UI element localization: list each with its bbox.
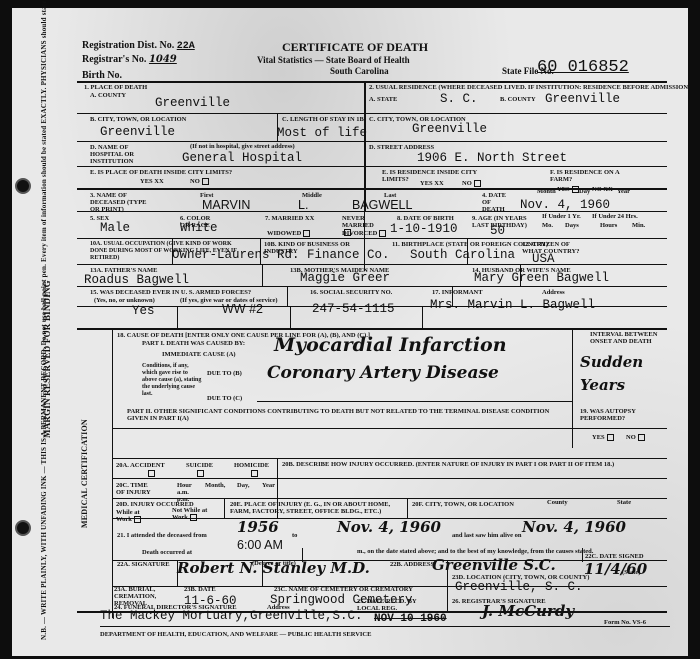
- conditions-label: Conditions, if any, which gave rise to a…: [142, 363, 202, 398]
- physician-address-label: 22b. ADDRESS: [390, 561, 434, 568]
- attended-from-field[interactable]: 1956: [237, 518, 279, 536]
- date-month-col: Month: [537, 188, 556, 195]
- homicide-label: HOMICIDE: [234, 462, 269, 469]
- autopsy-no[interactable]: NO: [626, 434, 645, 441]
- registrar-value: 1049: [149, 54, 177, 65]
- inside-city-yes[interactable]: YES XX: [140, 178, 164, 185]
- armed-forces-field[interactable]: Yes: [132, 304, 155, 318]
- street-address-label: d. STREET ADDRESS: [369, 144, 434, 151]
- ssn-field[interactable]: 247-54-1115: [312, 302, 395, 316]
- location-field[interactable]: Greenville, S. C.: [455, 580, 583, 594]
- spouse-field[interactable]: Mary Green Bagwell: [474, 271, 609, 285]
- medical-certification-label: MEDICAL CERTIFICATION: [80, 419, 89, 528]
- state-file-number: 60 016852: [537, 58, 629, 77]
- binding-hole: [15, 520, 31, 536]
- date-received-stamp: NOV 10 1960: [374, 613, 447, 625]
- margin-reserved-label: MARGIN RESERVED FOR BINDING: [42, 280, 52, 438]
- attended-to-field[interactable]: Nov. 4, 1960: [337, 518, 441, 536]
- not-at-work-checkbox[interactable]: Not While at Work: [172, 507, 214, 521]
- inside-city-no[interactable]: NO: [190, 178, 209, 185]
- street-address-field[interactable]: 1906 E. North Street: [417, 151, 567, 165]
- death-time-field[interactable]: 6:00 AM: [237, 538, 283, 552]
- age-months-col: Mo.: [542, 222, 553, 229]
- inside-city-label: e. IS PLACE OF DEATH INSIDE CITY LIMITS?: [90, 169, 232, 176]
- time-day-col: Day,: [237, 482, 249, 489]
- binding-hole: [15, 178, 31, 194]
- length-of-stay-label: c. LENGTH OF STAY IN 1b: [282, 116, 364, 123]
- birthplace-field[interactable]: South Carolina: [410, 248, 515, 262]
- homicide-checkbox[interactable]: [251, 470, 258, 477]
- first-name-field[interactable]: MARVIN: [202, 198, 250, 212]
- residence-county-field[interactable]: Greenville: [545, 92, 620, 106]
- citizen-field[interactable]: USA: [532, 252, 555, 266]
- due-to-b-label: DUE TO (b): [207, 370, 242, 377]
- war-service-field[interactable]: WW #2: [222, 302, 263, 316]
- sex-field[interactable]: Male: [100, 221, 130, 235]
- place-of-death-label: 1. PLACE OF DEATH: [84, 84, 147, 91]
- physician-signature[interactable]: Robert N. Stanley M.D.: [177, 559, 370, 577]
- location-state-hint: (State): [622, 569, 640, 576]
- middle-name-field[interactable]: L.: [298, 198, 308, 212]
- due-to-b-field[interactable]: Coronary Artery Disease: [267, 363, 499, 383]
- time-hour-col: Hour a.m. p.m.: [177, 482, 199, 503]
- ssn-label: 16. SOCIAL SECURITY NO.: [310, 289, 392, 296]
- birth-no-label: Birth No.: [82, 70, 122, 81]
- residence-city-field[interactable]: Greenville: [412, 122, 487, 136]
- certificate-paper: N.B. — WRITE PLAINLY, WITH UNFADING INK …: [12, 8, 688, 656]
- farm-yes[interactable]: YES: [557, 186, 579, 193]
- attended-to-label: to: [292, 532, 297, 539]
- farm-label: f. IS RESIDENCE ON A FARM?: [550, 169, 640, 183]
- part1-label: PART I. DEATH WAS CAUSED BY:: [142, 340, 245, 347]
- immediate-cause-field[interactable]: Myocardial Infarction: [274, 334, 507, 356]
- hospital-label: d. NAME OF HOSPITAL OR INSTITUTION: [90, 144, 145, 165]
- dob-label: 8. DATE OF BIRTH: [397, 215, 454, 222]
- death-occurred-label: Death occurred at: [142, 549, 192, 556]
- time-of-injury-label: 20c. TIME OF INJURY: [116, 482, 156, 496]
- signature-label: 22a. SIGNATURE: [117, 561, 170, 568]
- registration-dist-value: 22A: [177, 41, 195, 52]
- divorced-checkbox[interactable]: DIVORCED: [342, 230, 386, 237]
- father-field[interactable]: Roadus Bagwell: [84, 273, 189, 287]
- death-city-label: b. CITY, TOWN, OR LOCATION: [90, 116, 186, 123]
- autopsy-label: 19. WAS AUTOPSY PERFORMED?: [580, 408, 660, 422]
- age-hours-col: Hours: [600, 222, 617, 229]
- age-minutes-col: Min.: [632, 222, 645, 229]
- hospital-field[interactable]: General Hospital: [182, 151, 302, 165]
- residence-label: 2. USUAL RESIDENCE (Where deceased lived…: [369, 84, 690, 91]
- residence-inside-no[interactable]: NO: [462, 180, 481, 187]
- business-label: 10b. KIND OF BUSINESS OR INDUSTRY: [264, 241, 364, 255]
- last-name-field[interactable]: BAGWELL: [352, 198, 412, 212]
- armed-forces-hint: (Yes, no, or unknown): [94, 297, 155, 304]
- armed-forces-label: 15. WAS DECEASED EVER IN U. S. ARMED FOR…: [90, 289, 251, 296]
- registration-dist-label: Registration Dist. No.: [82, 40, 174, 51]
- while-at-work-checkbox[interactable]: While at Work: [116, 509, 151, 523]
- residence-county-label: b. COUNTY: [500, 96, 536, 103]
- informant-address-label: Address: [542, 289, 565, 296]
- funeral-director-field[interactable]: The Mackey Mortuary,Greenville,S.C.: [100, 609, 363, 623]
- dob-field[interactable]: 1-10-1910: [390, 222, 458, 236]
- farm-no[interactable]: NO XX: [592, 186, 613, 193]
- time-month-col: Month,: [205, 482, 225, 489]
- injury-city-label: 20f. CITY, TOWN, OR LOCATION: [412, 501, 514, 508]
- form-number: Form No. VS-6: [604, 619, 646, 626]
- under-24-hrs-label: If Under 24 Hrs.: [592, 213, 638, 220]
- autopsy-yes[interactable]: YES: [592, 434, 614, 441]
- registrar-label: Registrar's No.: [82, 54, 146, 65]
- hospital-hint: (If not in hospital, give street address…: [190, 143, 295, 150]
- part2-label: PART II. OTHER SIGNIFICANT CONDITIONS CO…: [127, 408, 567, 422]
- suicide-label: SUICIDE: [186, 462, 213, 469]
- deceased-name-label: 3. NAME OF DECEASED (Type or print): [90, 192, 150, 213]
- married-checkbox[interactable]: 7. MARRIED XX: [265, 215, 314, 222]
- cemetery-label: 23c. NAME OF CEMETERY OR CREMATORY: [274, 586, 413, 593]
- interval-label: INTERVAL BETWEEN ONSET AND DEATH: [590, 331, 660, 345]
- physician-address-field[interactable]: Greenville S.C.: [432, 556, 556, 574]
- immediate-cause-label: IMMEDIATE CAUSE (a): [162, 351, 236, 358]
- date-year-col: Year: [617, 188, 630, 195]
- attended-label: 21. I attended the deceased from: [117, 532, 207, 539]
- injury-county-label: County: [547, 499, 568, 506]
- death-city-field[interactable]: Greenville: [100, 125, 175, 139]
- mother-field[interactable]: Maggie Greer: [300, 271, 390, 285]
- attending-statement: m., on the date stated above; and to the…: [357, 548, 593, 555]
- date-of-death-field[interactable]: Nov. 4, 1960: [520, 198, 610, 212]
- age-days-col: Days: [565, 222, 579, 229]
- residence-inside-yes[interactable]: YES XX: [420, 180, 444, 187]
- certificate-title: CERTIFICATE OF DEATH: [282, 40, 428, 55]
- place-of-injury-label: 20e. PLACE OF INJURY (e. g., in or about…: [230, 501, 400, 515]
- accident-checkbox[interactable]: [148, 470, 155, 477]
- department-footer: DEPARTMENT OF HEALTH, EDUCATION, AND WEL…: [100, 631, 371, 638]
- widowed-checkbox[interactable]: WIDOWED: [267, 230, 310, 237]
- last-saw-label: and last saw him alive on: [452, 532, 522, 539]
- interval-b-field[interactable]: Years: [580, 376, 625, 394]
- due-to-c-label: DUE TO (c): [207, 395, 242, 402]
- date-signed-label: 22c. DATE SIGNED: [585, 553, 644, 560]
- describe-injury-label: 20b. DESCRIBE HOW INJURY OCCURRED. (Ente…: [282, 461, 614, 468]
- registrar-signature[interactable]: J. McCurdy: [482, 602, 574, 620]
- time-year-col: Year: [262, 482, 275, 489]
- certificate-subtitle: Vital Statistics — State Board of Health: [257, 55, 410, 65]
- death-county-label: a. COUNTY: [90, 92, 126, 99]
- injury-state-label: State: [617, 499, 631, 506]
- death-county-field[interactable]: Greenville: [155, 96, 230, 110]
- residence-state-field[interactable]: S. C.: [440, 92, 478, 106]
- suicide-checkbox[interactable]: [197, 470, 204, 477]
- disposition-date-label: 23b. DATE: [184, 586, 216, 593]
- date-received-label: 25. DATE RECD. BY LOCAL REG.: [357, 598, 417, 612]
- accident-label: 20a. ACCIDENT: [116, 462, 165, 469]
- under-1-yr-label: If Under 1 Yr.: [542, 213, 581, 220]
- informant-field[interactable]: Mrs. Marvin L. Bagwell: [430, 298, 595, 312]
- interval-a-field[interactable]: Sudden: [580, 353, 643, 371]
- color-race-field[interactable]: White: [180, 221, 218, 235]
- certificate-state: South Carolina: [330, 66, 389, 76]
- residence-state-label: a. STATE: [369, 96, 397, 103]
- informant-label: 17. INFORMANT: [432, 289, 483, 296]
- last-saw-field[interactable]: Nov. 4, 1960: [522, 518, 626, 536]
- age-field[interactable]: 50: [490, 224, 505, 238]
- date-of-death-label: 4. DATE OF DEATH: [482, 192, 512, 213]
- date-day-col: Day: [579, 188, 590, 195]
- length-of-stay-field[interactable]: Most of life: [277, 126, 367, 140]
